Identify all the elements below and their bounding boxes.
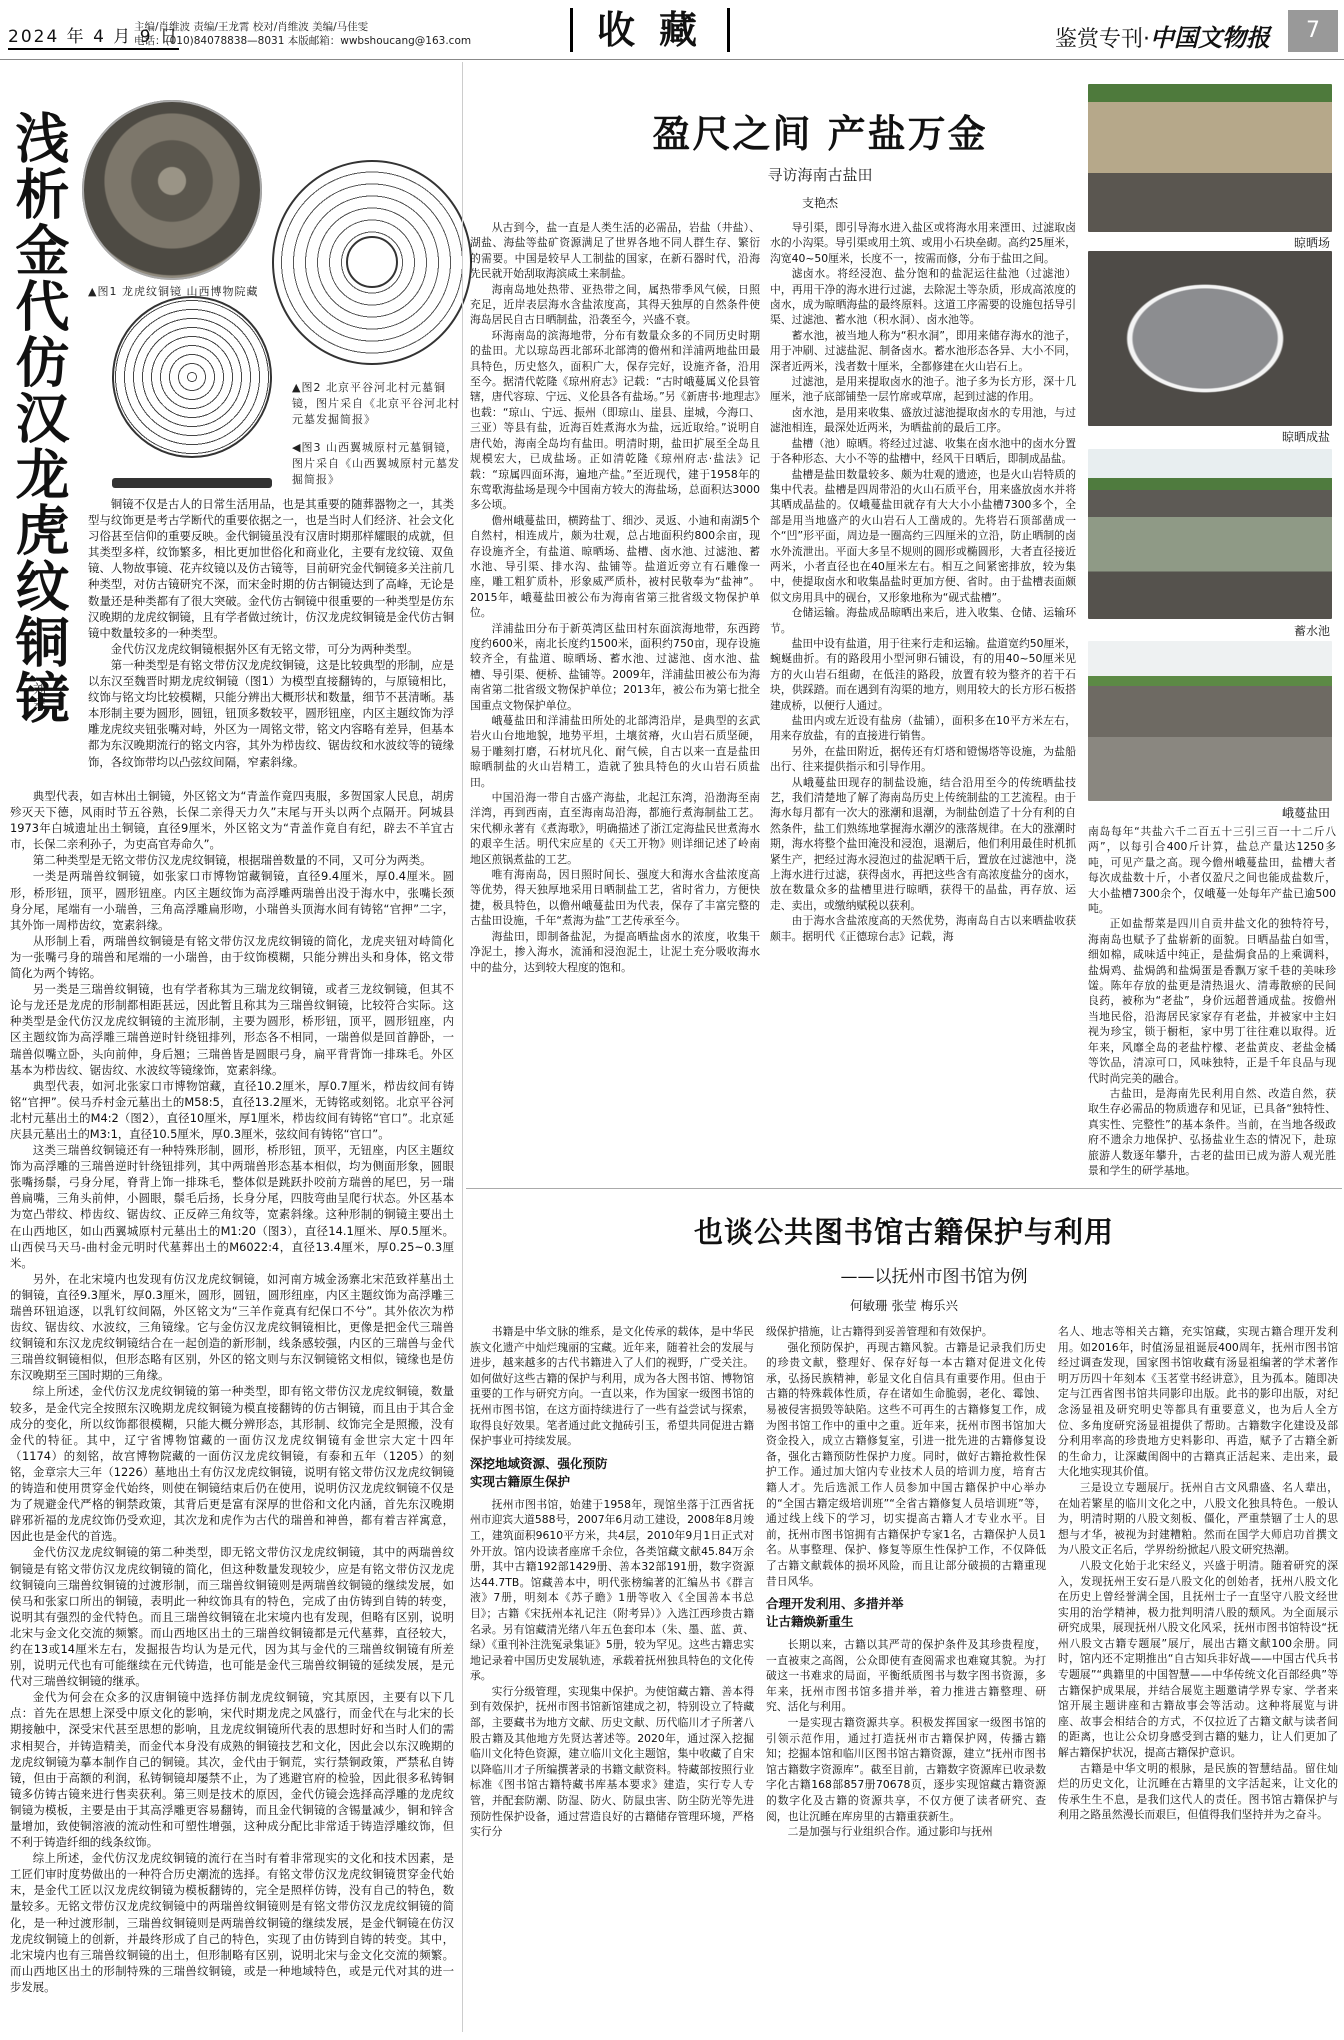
article-author: 刘翠 — [28, 682, 47, 712]
bronze-mirror-photo-fig1 — [82, 100, 262, 280]
photo-emanbu-salt-field — [1088, 641, 1332, 801]
salt-column-1: 从古到今，盐一直是人类生活的必需品，岩盐（井盐）、湖盐、海盐等盐矿资源满足了世界… — [470, 220, 760, 1180]
paragraph: 导引渠，即引导海水进入盐区或将海水用来湮田、过滤取卤水的小沟渠。导引渠或用土筑、… — [770, 220, 1076, 266]
paragraph: 一类是两瑞兽纹铜镜，如张家口市博物馆藏铜镜，直径9.4厘米，厚0.4厘米。圆形，… — [10, 868, 454, 932]
paragraph: 洋浦盐田分布于新英湾区盐田村东面滨海地带，东西跨度约600米，南北长度约1500… — [470, 621, 760, 713]
paragraph: 蓄水池，被当地人称为“积水洞”，即用来储存海水的池子，用于冲刷、过滤盐泥、制备卤… — [770, 328, 1076, 374]
paragraph: 古盐田，是海南先民利用自然、改造自然，获取生存必需品的物质遗存和见证，已具备“独… — [1088, 1086, 1336, 1178]
paragraph: 古籍是中华文明的根脉，是民族的智慧结晶。留住灿烂的历史文化，让沉睡在古籍里的文字… — [1058, 1761, 1338, 1823]
paragraph: 海南岛地处热带、亚热带之间，属热带季风气候，日照充足，近岸表层海水含盐浓度高，其… — [470, 282, 760, 328]
newspaper-brand: 鉴赏专刊·中国文物报 — [1055, 18, 1270, 53]
paragraph: 铜镜不仅是古人的日常生活用品，也是其重要的随葬器物之一，其类型与纹饰更是考古学断… — [88, 496, 454, 641]
paragraph: 由于海水含盐浓度高的天然优势，海南岛自古以来晒盐收获颇丰。据明代《正德琼台志》记… — [770, 913, 1076, 944]
section-title: 收藏 — [570, 8, 730, 52]
paragraph: 盐田中设有盐道，用于往来行走和运输。盐道宽约50厘米，蜿蜒曲折。有的路段用小型河… — [770, 636, 1076, 713]
paragraph: 综上所述，金代仿汉龙虎纹铜镜的第一种类型，即有铭文带仿汉龙虎纹铜镜，数量较多，是… — [10, 1383, 454, 1544]
paragraph: 这类三瑞兽纹铜镜还有一种特殊形制，圆形，桥形钮，顶平，无钮座，内区主题纹饰为高浮… — [10, 1142, 454, 1271]
paragraph: 级保护措施，让古籍得到妥善管理和有效保护。 — [766, 1324, 1046, 1340]
paragraph: 从峨蔓盐田现存的制盐设施，结合沿用至今的传统晒盐技艺，我们清楚地了解了海南岛历史… — [770, 775, 1076, 914]
article-divider — [466, 1188, 1342, 1189]
article-body-top: 铜镜不仅是古人的日常生活用品，也是其重要的随葬器物之一，其类型与纹饰更是考古学断… — [88, 496, 454, 770]
paragraph: 金代仿汉龙虎纹铜镜根据外区有无铭文带，可分为两种类型。 — [88, 641, 454, 657]
paragraph: 书籍是中华文脉的维系，是文化传承的载体，是中华民族文化遗产中灿烂瑰丽的宝藏。近年… — [470, 1324, 754, 1449]
section-heading: 深挖地域资源、强化预防 实现古籍原生保护 — [470, 1455, 754, 1491]
mirror-drawing-fig2 — [272, 160, 472, 365]
paragraph: 盐槽（池）晾晒。将经过过滤、收集在卤水池中的卤水分置于各种形态、大小不等的盐槽中… — [770, 436, 1076, 467]
paragraph: 另外，在北宋境内也发现有仿汉龙虎纹铜镜，如河南方城金汤寨北宋范致祥墓出土的铜镜，… — [10, 1271, 454, 1384]
books-column-2: 级保护措施，让古籍得到妥善管理和有效保护。 强化预防保护，再现古籍风貌。古籍是记… — [766, 1324, 1046, 2024]
paragraph: 卤水池，是用来收集、盛放过滤池提取卤水的专用池，与过滤池相连，最深处近两米，为晒… — [770, 405, 1076, 436]
paragraph: 盐槽是盐田数量较多、颇为壮观的遗迹，也是火山岩特质的集中代表。盐槽是四周带沿的火… — [770, 467, 1076, 606]
salt-column-3: 南岛每年“共盐六千二百五十三引三百一十二斤八两”，以每引合400斤计算，盐总产量… — [1088, 824, 1336, 1184]
paragraph: 从古到今，盐一直是人类生活的必需品，岩盐（井盐）、湖盐、海盐等盐矿资源满足了世界… — [470, 220, 760, 282]
page-number: 7 — [1288, 10, 1338, 52]
photo-caption: 蓄水池 — [1294, 622, 1330, 639]
mirror-profile-fig3 — [112, 478, 272, 488]
mirror-knob — [346, 236, 398, 288]
paragraph: 一是实现古籍资源共享。积极发挥国家一级图书馆的引领示范作用，通过打造抚州市古籍保… — [766, 1715, 1046, 1824]
paragraph: 金代为何会在众多的汉唐铜镜中选择仿制龙虎纹铜镜，究其原因，主要有以下几点：首先在… — [10, 1689, 454, 1850]
paragraph: 金代仿汉龙虎纹铜镜的第二种类型，即无铭文带仿汉龙虎纹铜镜，其中的两瑞兽纹铜镜是有… — [10, 1544, 454, 1689]
paragraph: 强化预防保护，再现古籍风貌。古籍是记录我们历史的珍贵文献，整理好、保存好每一本古… — [766, 1340, 1046, 1590]
photo-caption: 晾晒成盐 — [1282, 428, 1330, 445]
article-authors: 何敏珊 张莹 梅乐兴 — [466, 1296, 1342, 1314]
photo-drying-field — [1088, 84, 1332, 232]
paragraph: 南岛每年“共盐六千二百五十三引三百一十二斤八两”，以每引合400斤计算，盐总产量… — [1088, 824, 1336, 916]
article-title: 盈尺之间 产盐万金 — [560, 103, 1080, 158]
salt-column-2: 导引渠，即引导海水进入盐区或将海水用来湮田、过滤取卤水的小沟渠。导引渠或用土筑、… — [770, 220, 1076, 1180]
paragraph: 典型代表，如河北张家口市博物馆藏，直径10.2厘米，厚0.7厘米，栉齿纹间有铸铭… — [10, 1078, 454, 1142]
paragraph: 综上所述，金代仿汉龙虎纹铜镜的流行在当时有着非常现实的文化和技术因素，是工匠们审… — [10, 1850, 454, 1995]
paragraph: 长期以来，古籍以其严苛的保护条件及其珍贵程度，一直被束之高阁，公众即使有查阅需求… — [766, 1637, 1046, 1715]
photo-caption: 晾晒场 — [1294, 234, 1330, 251]
paragraph: 儋州峨蔓盐田，横跨盐丁、细沙、灵返、小迪和南湖5个自然村，相连成片，颇为壮观，总… — [470, 513, 760, 621]
paragraph: 名人、地志等相关古籍，充实馆藏，实现古籍合理开发利用。如2016年，时值汤显祖诞… — [1058, 1324, 1338, 1480]
paragraph: 环海南岛的滨海地带，分布有数量众多的不同历史时期的盐田。尤以琼岛西北部环北部湾的… — [470, 328, 760, 513]
paragraph: 典型代表，如吉林出土铜镜，外区铭文为“青盖作竟四夷服，多贺国家人民息，胡虏殄灭天… — [10, 788, 454, 852]
article-body-main: 典型代表，如吉林出土铜镜，外区铭文为“青盖作竟四夷服，多贺国家人民息，胡虏殄灭天… — [10, 788, 454, 2028]
special-issue-label: 鉴赏专刊· — [1055, 27, 1150, 52]
paragraph: 另一类是三瑞兽纹铜镜，也有学者称其为三瑞龙纹铜镜，或者三龙纹铜镜，但其不论与龙还… — [10, 981, 454, 1078]
mirror-drawing-fig3 — [112, 296, 272, 458]
paragraph: 过滤池，是用来提取卤水的池子。池子多为长方形，深十几厘米，池子底部铺垫一层竹席或… — [770, 374, 1076, 405]
article-subtitle: ——以抚州市图书馆为例 — [466, 1262, 1342, 1287]
paragraph: 第一种类型是有铭文带仿汉龙虎纹铜镜，这是比较典型的形制，应是以东汉至魏晋时期龙虎… — [88, 657, 454, 770]
paragraph: 三是设立专题展厅。抚州自古文风鼎盛、名人辈出，在灿若繁星的临川文化之中，八股文化… — [1058, 1480, 1338, 1558]
paragraph: 唯有海南岛，因日照时间长、强度大和海水含盐浓度高等优势，得天独厚地采用日晒制盐工… — [470, 867, 760, 929]
photo-salt-drying — [1088, 251, 1332, 426]
paragraph: 八股文化始于北宋经义，兴盛于明清。随着研究的深入，发现抚州王安石是八股文化的创始… — [1058, 1558, 1338, 1761]
paragraph: 仓储运输。海盐成品晾晒出来后，进入收集、仓储、运输环节。 — [770, 605, 1076, 636]
paragraph: 海盐田，即制备盐泥，为提高晒盐卤水的浓度，收集干净泥土，掺入海水，流涌和浸泡泥土… — [470, 929, 760, 975]
newspaper-logo: 中国文物报 — [1150, 23, 1270, 52]
paragraph: 从形制上看，两瑞兽纹铜镜是有铭文带仿汉龙虎纹铜镜的简化，龙虎夹钮对峙简化为一张嘴… — [10, 933, 454, 981]
article-title: 浅析金代仿汉龙虎纹铜镜 — [10, 110, 70, 726]
caption-fig2: ▲图2 北京平谷河北村元墓铜镜，图片采自《北京平谷河北村元墓发掘简报》 — [292, 380, 460, 428]
paragraph: 盐田内或左近设有盐房（盐铺），面积多在10平方米左右，用来存放盐，有的直接进行销… — [770, 713, 1076, 744]
photo-caption: 峨蔓盐田 — [1282, 804, 1330, 821]
editorial-credits: 主编/肖维波 责编/王龙霄 校对/肖维波 美编/马佳雯 电话：(010)8407… — [134, 20, 471, 48]
paragraph: 滤卤水。将经浸泡、盐分饱和的盐泥运往盐池（过滤池）中，再用干净的海水进行过滤，去… — [770, 266, 1076, 328]
paragraph: 正如盐帮菜是四川自贡井盐文化的独特符号，海南岛也赋予了盐崭新的面貌。日晒晶盐白如… — [1088, 916, 1336, 1085]
article-title: 也谈公共图书馆古籍保护与利用 — [466, 1210, 1342, 1251]
credits-contact: 电话：(010)84078838—8031 本版邮箱：wwbshoucang@1… — [134, 34, 471, 48]
paragraph: 二是加强与行业组织合作。通过影印与抚州 — [766, 1824, 1046, 1840]
column-rule — [462, 62, 463, 2032]
paragraph: 抚州市图书馆，始建于1958年，现馆坐落于江西省抚州市迎宾大道588号，2007… — [470, 1497, 754, 1684]
article-author: 支艳杰 — [560, 194, 1080, 211]
books-column-1: 书籍是中华文脉的维系，是文化传承的载体，是中华民族文化遗产中灿烂瑰丽的宝藏。近年… — [470, 1324, 754, 2024]
books-column-3: 名人、地志等相关古籍，充实馆藏，实现古籍合理开发利用。如2016年，时值汤显祖诞… — [1058, 1324, 1338, 2024]
masthead: 2024 年 4 月 9 日 主编/肖维波 责编/王龙霄 校对/肖维波 美编/马… — [0, 0, 1344, 60]
section-heading: 合理开发利用、多措并举 让古籍焕新重生 — [766, 1595, 1046, 1631]
caption-fig3: ◀图3 山西翼城原村元墓铜镜，图片采自《山西翼城原村元墓发掘简报》 — [292, 440, 460, 488]
paragraph: 第二种类型是无铭文带仿汉龙虎纹铜镜，根据瑞兽数量的不同，又可分为两类。 — [10, 852, 454, 868]
photo-reservoir — [1088, 449, 1332, 619]
paragraph: 另外，在盐田附近，据传还有灯塔和镫惕塔等设施，为盐船出行、往来提供指示和引导作用… — [770, 744, 1076, 775]
paragraph: 实行分级管理，实现集中保护。为使馆藏古籍、善本得到有效保护，抚州市图书馆新馆建成… — [470, 1684, 754, 1840]
paragraph: 中国沿海一带自古盛产海盐，北起江东湾，沿渤海至南洋湾，再到西南，直至海南岛沿海，… — [470, 790, 760, 867]
credits-editors: 主编/肖维波 责编/王龙霄 校对/肖维波 美编/马佳雯 — [134, 20, 471, 34]
article-subtitle: 寻访海南古盐田 — [560, 164, 1080, 185]
paragraph: 峨蔓盐田和洋浦盐田所处的北部湾沿岸，是典型的玄武岩火山台地地貌，地势平坦，土壤贫… — [470, 713, 760, 790]
